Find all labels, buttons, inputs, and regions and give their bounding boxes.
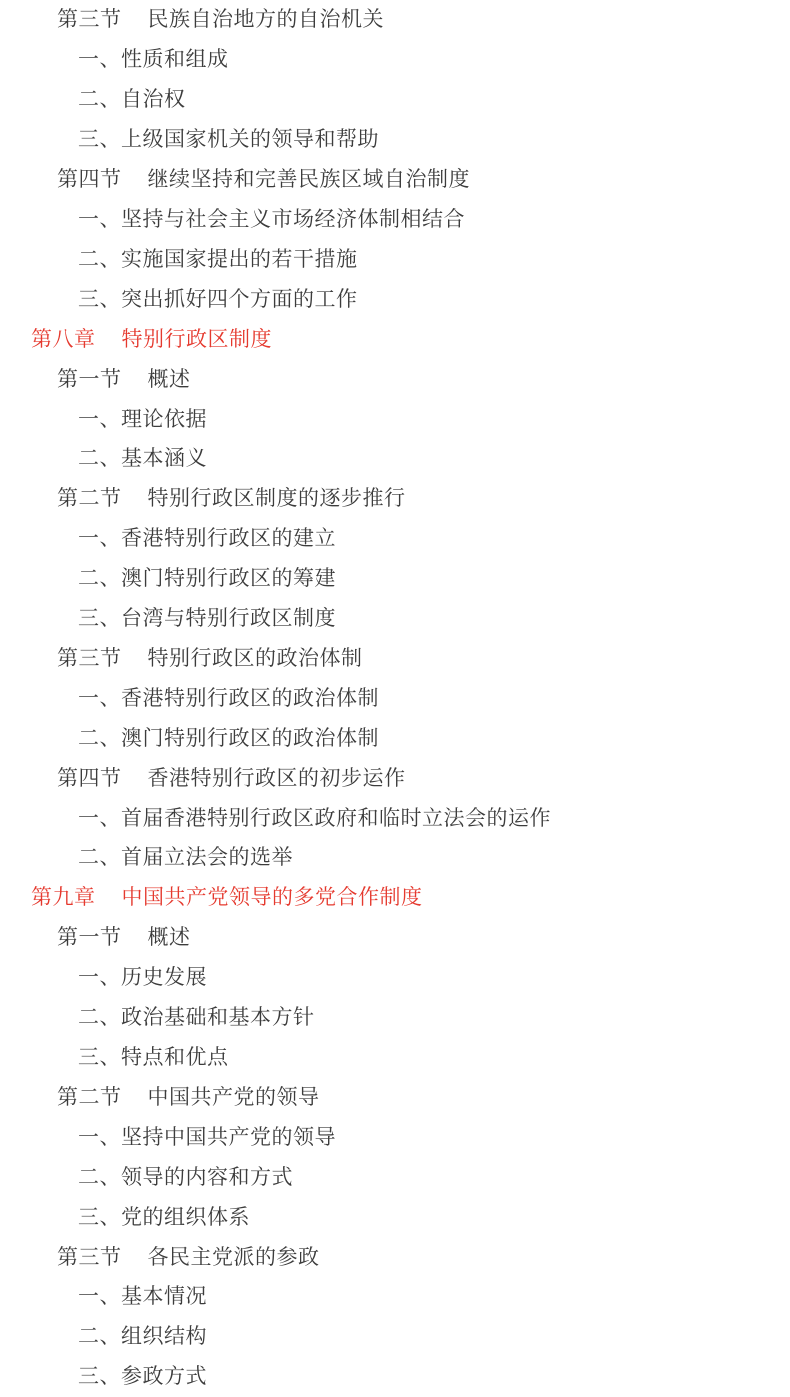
- toc-entry-title: 香港特别行政区的初步运作: [148, 768, 406, 789]
- toc-entry-title: 首届香港特别行政区政府和临时立法会的运作: [121, 808, 551, 829]
- toc-entry-chapter: 第八章 特别行政区制度: [0, 319, 790, 359]
- toc-entry-section: 第二节 中国共产党的领导: [0, 1077, 790, 1117]
- toc-entry-number: 三、: [78, 1047, 121, 1068]
- toc-entry-title: 台湾与特别行政区制度: [121, 608, 336, 629]
- toc-entry-number: 一、: [78, 688, 121, 709]
- toc-entry-title: 特别行政区的政治体制: [148, 648, 363, 669]
- toc-entry-item: 三、 台湾与特别行政区制度: [0, 599, 790, 639]
- toc-entry-item: 二、 自治权: [0, 80, 790, 120]
- toc-entry-item: 二、 澳门特别行政区的筹建: [0, 559, 790, 599]
- toc-entry-title: 特别行政区制度: [122, 329, 273, 350]
- toc-entry-number: 二、: [78, 1326, 121, 1347]
- toc-entry-item: 二、 实施国家提出的若干措施: [0, 239, 790, 279]
- toc-entry-title: 各民主党派的参政: [148, 1247, 320, 1268]
- toc-entry-title: 自治权: [121, 89, 186, 110]
- toc-entry-item: 一、 基本情况: [0, 1277, 790, 1317]
- toc-entry-item: 一、 香港特别行政区的建立: [0, 519, 790, 559]
- toc-entry-number: 二、: [78, 1167, 121, 1188]
- toc-entry-item: 一、 坚持与社会主义市场经济体制相结合: [0, 200, 790, 240]
- toc-entry-title: 澳门特别行政区的筹建: [121, 568, 336, 589]
- toc-entry-item: 二、 领导的内容和方式: [0, 1157, 790, 1197]
- toc-entry-chapter: 第九章 中国共产党领导的多党合作制度: [0, 878, 790, 918]
- toc-entry-item: 一、 理论依据: [0, 399, 790, 439]
- toc-entry-title: 党的组织体系: [121, 1207, 250, 1228]
- toc-entry-item: 三、 参政方式: [0, 1357, 790, 1397]
- toc-entry-number: 一、: [78, 1286, 121, 1307]
- toc-entry-item: 三、 上级国家机关的领导和帮助: [0, 120, 790, 160]
- toc-entry-section: 第四节 继续坚持和完善民族区域自治制度: [0, 160, 790, 200]
- toc-entry-number: 第二节: [57, 1087, 122, 1108]
- toc-entry-title: 概述: [148, 369, 191, 390]
- toc-entry-section: 第一节 概述: [0, 359, 790, 399]
- toc-entry-title: 基本情况: [121, 1286, 207, 1307]
- toc-entry-title: 中国共产党的领导: [148, 1087, 320, 1108]
- toc-entry-title: 性质和组成: [121, 49, 229, 70]
- toc-entry-number: 第三节: [57, 648, 122, 669]
- toc-entry-section: 第三节 各民主党派的参政: [0, 1237, 790, 1277]
- toc-entry-title: 特点和优点: [121, 1047, 229, 1068]
- toc-entry-number: 二、: [78, 89, 121, 110]
- toc-entry-number: 二、: [78, 847, 121, 868]
- toc-entry-number: 三、: [78, 1207, 121, 1228]
- toc-entry-title: 继续坚持和完善民族区域自治制度: [148, 169, 471, 190]
- toc-entry-title: 组织结构: [121, 1326, 207, 1347]
- toc-entry-item: 一、 首届香港特别行政区政府和临时立法会的运作: [0, 798, 790, 838]
- toc-entry-number: 第八章: [31, 329, 96, 350]
- toc-entry-item: 一、 历史发展: [0, 958, 790, 998]
- toc-entry-item: 二、 首届立法会的选举: [0, 838, 790, 878]
- toc-entry-title: 澳门特别行政区的政治体制: [121, 728, 379, 749]
- toc-entry-number: 一、: [78, 1127, 121, 1148]
- toc-entry-item: 二、 组织结构: [0, 1317, 790, 1357]
- toc-entry-item: 一、 香港特别行政区的政治体制: [0, 678, 790, 718]
- toc-entry-item: 一、 性质和组成: [0, 40, 790, 80]
- toc-entry-title: 历史发展: [121, 967, 207, 988]
- toc-entry-title: 特别行政区制度的逐步推行: [148, 488, 406, 509]
- toc-entry-item: 三、 党的组织体系: [0, 1197, 790, 1237]
- toc-entry-section: 第四节 香港特别行政区的初步运作: [0, 758, 790, 798]
- toc-entry-title: 理论依据: [121, 409, 207, 430]
- toc-entry-title: 香港特别行政区的建立: [121, 528, 336, 549]
- toc-entry-title: 中国共产党领导的多党合作制度: [122, 887, 423, 908]
- toc-entry-number: 三、: [78, 129, 121, 150]
- toc-entry-item: 二、 澳门特别行政区的政治体制: [0, 718, 790, 758]
- toc-entry-number: 一、: [78, 409, 121, 430]
- toc-entry-title: 基本涵义: [121, 448, 207, 469]
- toc-entry-title: 突出抓好四个方面的工作: [121, 289, 358, 310]
- toc-entry-title: 参政方式: [121, 1366, 207, 1387]
- toc-entry-number: 第三节: [57, 9, 122, 30]
- toc-entry-item: 一、 坚持中国共产党的领导: [0, 1117, 790, 1157]
- toc-entry-title: 领导的内容和方式: [121, 1167, 293, 1188]
- toc-entry-number: 一、: [78, 808, 121, 829]
- toc-entry-title: 民族自治地方的自治机关: [148, 9, 385, 30]
- toc-entry-item: 三、 特点和优点: [0, 1038, 790, 1078]
- toc-entry-title: 实施国家提出的若干措施: [121, 249, 358, 270]
- toc-entry-number: 三、: [78, 289, 121, 310]
- toc-entry-title: 首届立法会的选举: [121, 847, 293, 868]
- toc-entry-number: 第四节: [57, 169, 122, 190]
- toc-entry-number: 第二节: [57, 488, 122, 509]
- toc-entry-number: 三、: [78, 1366, 121, 1387]
- toc-entry-item: 二、 政治基础和基本方针: [0, 998, 790, 1038]
- toc-entry-title: 坚持中国共产党的领导: [121, 1127, 336, 1148]
- toc-entry-number: 第一节: [57, 369, 122, 390]
- toc-entry-item: 二、 基本涵义: [0, 439, 790, 479]
- toc-entry-number: 二、: [78, 1007, 121, 1028]
- toc-entry-title: 坚持与社会主义市场经济体制相结合: [121, 209, 465, 230]
- toc-entry-number: 二、: [78, 448, 121, 469]
- toc-entry-section: 第三节 民族自治地方的自治机关: [0, 0, 790, 40]
- toc-entry-section: 第一节 概述: [0, 918, 790, 958]
- toc-entry-number: 第四节: [57, 768, 122, 789]
- toc-entry-number: 第一节: [57, 927, 122, 948]
- toc-entry-number: 二、: [78, 728, 121, 749]
- toc-entry-section: 第三节 特别行政区的政治体制: [0, 639, 790, 679]
- toc-entry-number: 二、: [78, 568, 121, 589]
- toc-entry-title: 概述: [148, 927, 191, 948]
- toc-entry-number: 第九章: [31, 887, 96, 908]
- toc-entry-number: 一、: [78, 528, 121, 549]
- toc-entry-item: 三、 突出抓好四个方面的工作: [0, 279, 790, 319]
- toc-entry-number: 二、: [78, 249, 121, 270]
- toc-entry-section: 第二节 特别行政区制度的逐步推行: [0, 479, 790, 519]
- toc-entry-title: 上级国家机关的领导和帮助: [121, 129, 379, 150]
- toc-entry-number: 第三节: [57, 1247, 122, 1268]
- toc-entry-number: 一、: [78, 967, 121, 988]
- toc-entry-number: 一、: [78, 209, 121, 230]
- toc-entry-title: 香港特别行政区的政治体制: [121, 688, 379, 709]
- toc-entry-title: 政治基础和基本方针: [121, 1007, 315, 1028]
- toc-entry-number: 三、: [78, 608, 121, 629]
- table-of-contents: 第三节 民族自治地方的自治机关 一、 性质和组成 二、 自治权 三、 上级国家机…: [0, 0, 790, 1397]
- toc-entry-number: 一、: [78, 49, 121, 70]
